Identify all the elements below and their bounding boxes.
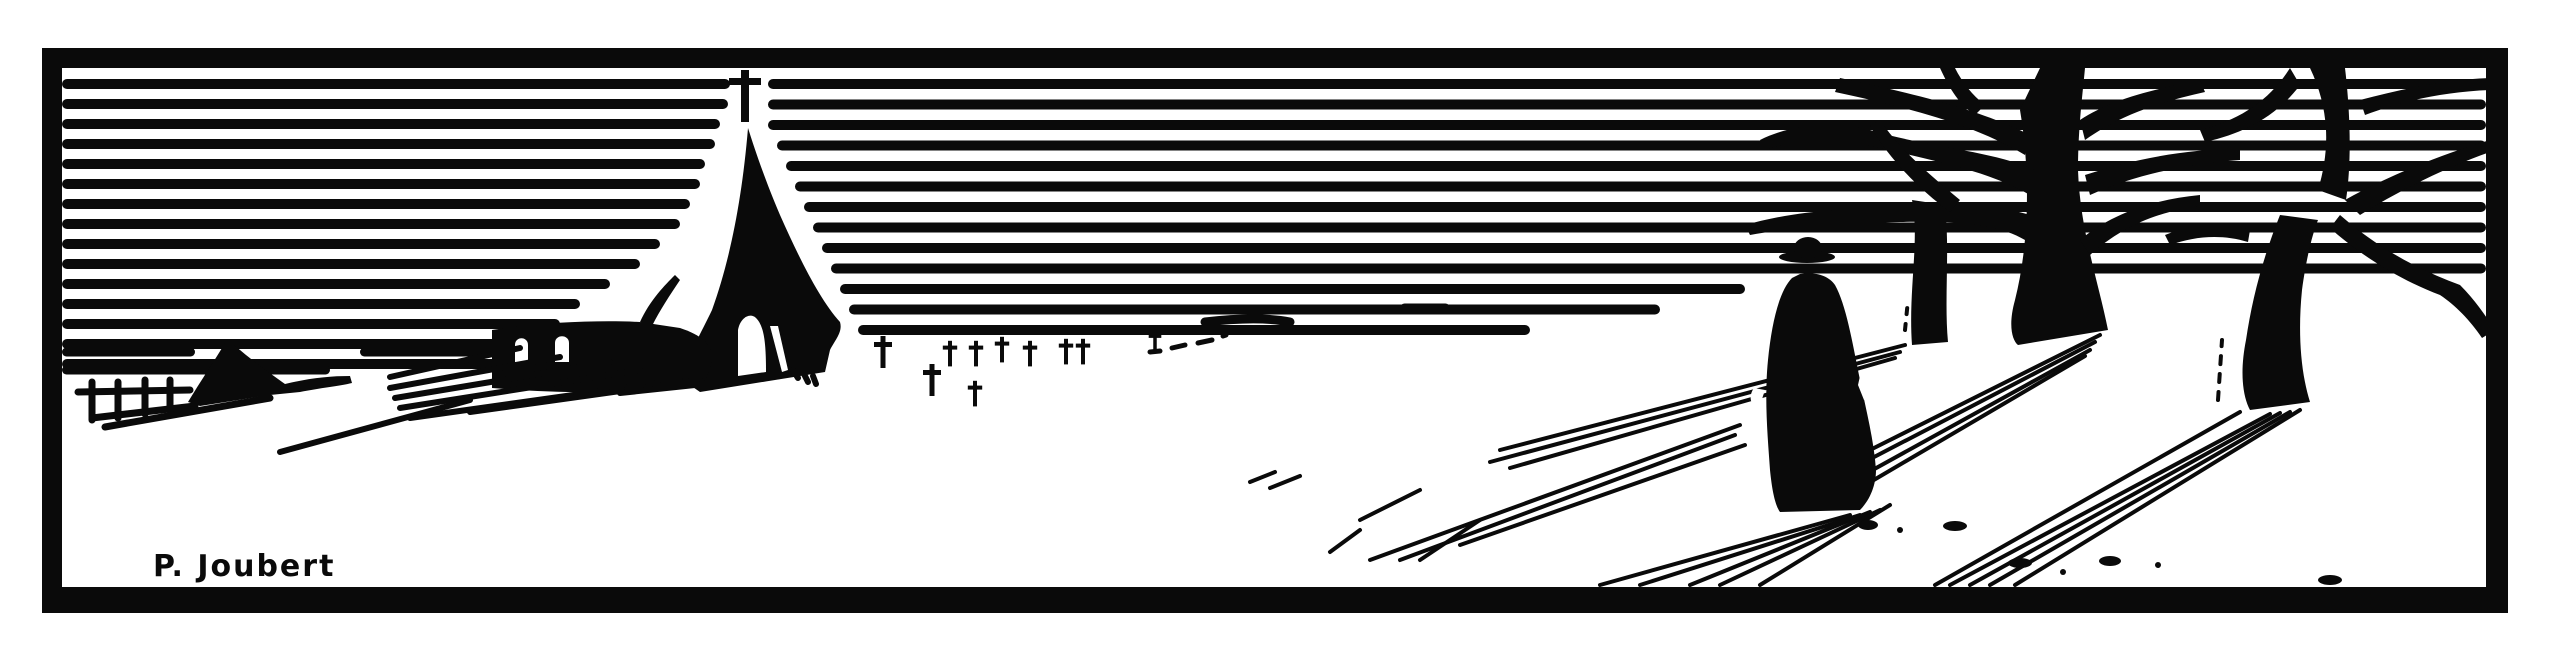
- horizon-marks: [1150, 319, 1290, 352]
- church: [492, 70, 841, 392]
- hat-crown: [1794, 237, 1822, 259]
- woodcut-canvas: [0, 0, 2560, 668]
- artist-signature: P. Joubert: [153, 552, 335, 582]
- graveyard-crosses: [874, 330, 1161, 406]
- church-cross: [741, 70, 749, 122]
- walking-figure: [1751, 237, 1876, 512]
- footprints: [1858, 520, 2342, 585]
